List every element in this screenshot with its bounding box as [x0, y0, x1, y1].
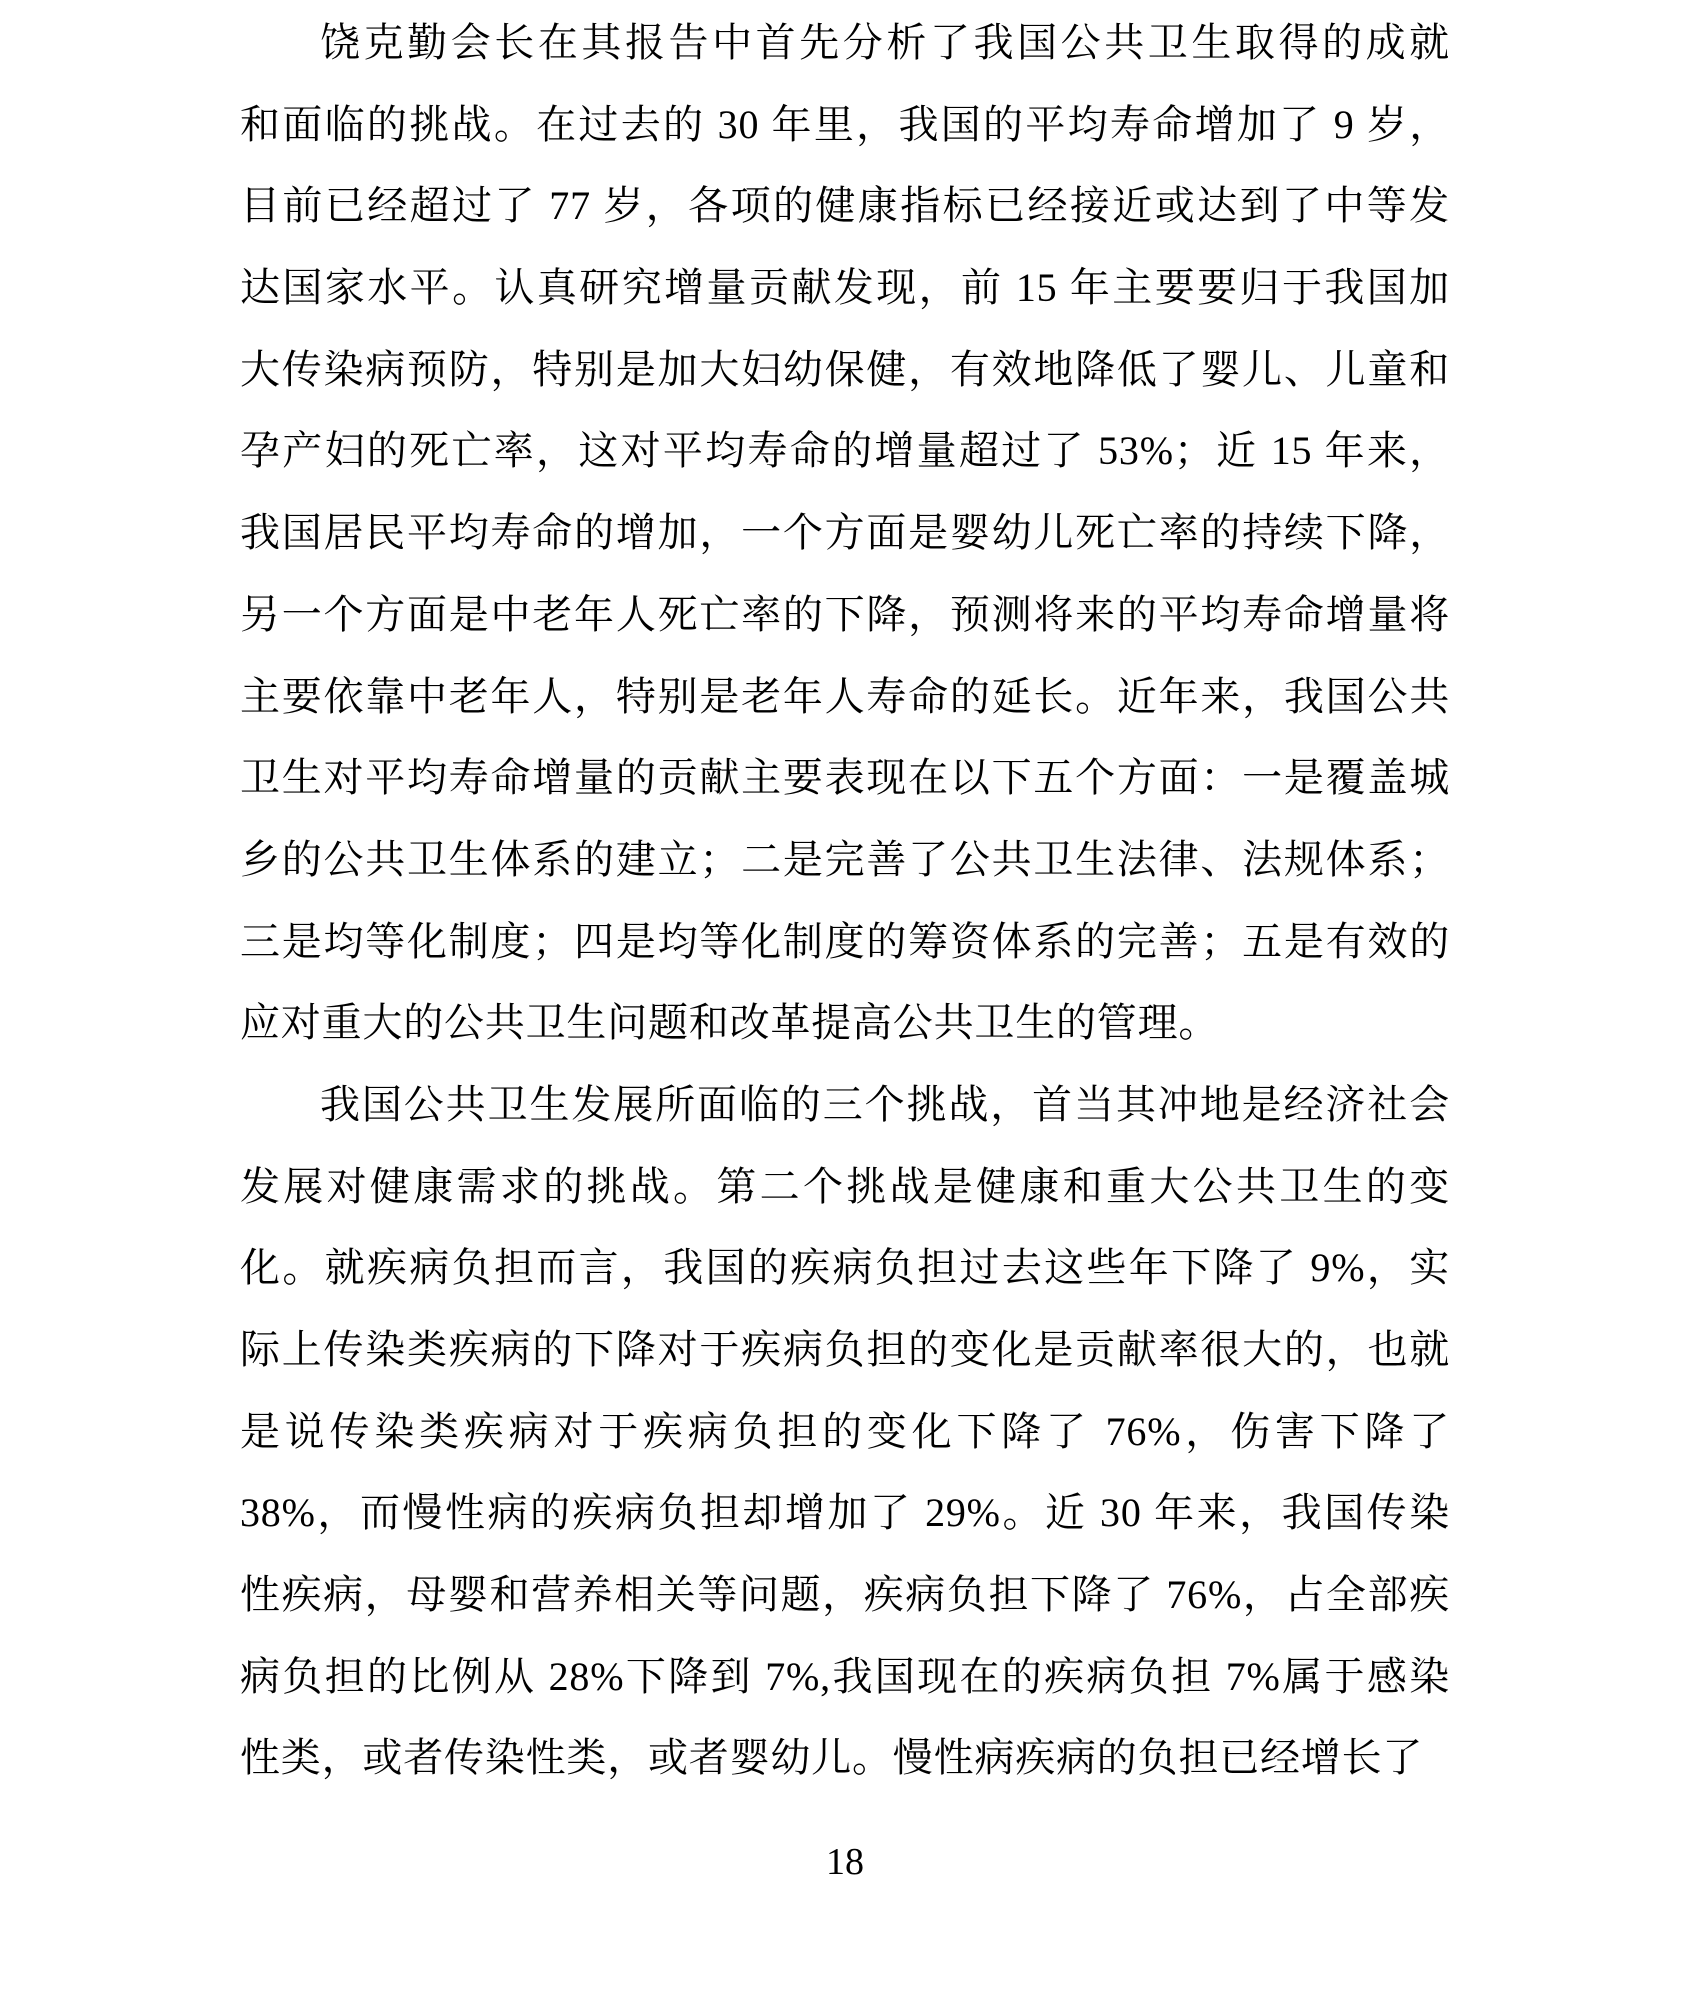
paragraph-2: 我国公共卫生发展所面临的三个挑战，首当其冲地是经济社会 发展对健康需求的挑战。第… — [240, 1064, 1450, 1799]
text-line: 三是均等化制度；四是均等化制度的筹资体系的完善；五是有效的 — [240, 901, 1450, 983]
text-line: 际上传染类疾病的下降对于疾病负担的变化是贡献率很大的，也就 — [240, 1309, 1450, 1391]
text-line: 性类，或者传染性类，或者婴幼儿。慢性病疾病的负担已经增长了 — [240, 1717, 1450, 1799]
text-line: 目前已经超过了 77 岁，各项的健康指标已经接近或达到了中等发 — [240, 165, 1450, 247]
document-page: 饶克勤会长在其报告中首先分析了我国公共卫生取得的成就 和面临的挑战。在过去的 3… — [0, 0, 1700, 2011]
text-line: 发展对健康需求的挑战。第二个挑战是健康和重大公共卫生的变 — [240, 1146, 1450, 1228]
text-line: 孕产妇的死亡率，这对平均寿命的增量超过了 53%；近 15 年来， — [240, 410, 1450, 492]
text-line: 达国家水平。认真研究增量贡献发现，前 15 年主要要归于我国加 — [240, 247, 1450, 329]
page-number: 18 — [240, 1837, 1450, 1887]
text-line: 我国居民平均寿命的增加，一个方面是婴幼儿死亡率的持续下降， — [240, 492, 1450, 574]
text-line: 我国公共卫生发展所面临的三个挑战，首当其冲地是经济社会 — [240, 1064, 1450, 1146]
text-line: 和面临的挑战。在过去的 30 年里，我国的平均寿命增加了 9 岁， — [240, 84, 1450, 166]
text-line: 是说传染类疾病对于疾病负担的变化下降了 76%，伤害下降了 — [240, 1391, 1450, 1473]
text-line: 性疾病，母婴和营养相关等问题，疾病负担下降了 76%，占全部疾 — [240, 1554, 1450, 1636]
text-line: 化。就疾病负担而言，我国的疾病负担过去这些年下降了 9%，实 — [240, 1227, 1450, 1309]
text-line: 另一个方面是中老年人死亡率的下降，预测将来的平均寿命增量将 — [240, 574, 1450, 656]
text-line: 卫生对平均寿命增量的贡献主要表现在以下五个方面：一是覆盖城 — [240, 737, 1450, 819]
text-line: 主要依靠中老年人，特别是老年人寿命的延长。近年来，我国公共 — [240, 656, 1450, 738]
paragraph-1: 饶克勤会长在其报告中首先分析了我国公共卫生取得的成就 和面临的挑战。在过去的 3… — [240, 2, 1450, 1064]
text-line: 病负担的比例从 28%下降到 7%,我国现在的疾病负担 7%属于感染 — [240, 1636, 1450, 1718]
text-line: 38%，而慢性病的疾病负担却增加了 29%。近 30 年来，我国传染 — [240, 1472, 1450, 1554]
text-line: 大传染病预防，特别是加大妇幼保健，有效地降低了婴儿、儿童和 — [240, 329, 1450, 411]
text-line: 乡的公共卫生体系的建立；二是完善了公共卫生法律、法规体系； — [240, 819, 1450, 901]
text-line: 应对重大的公共卫生问题和改革提高公共卫生的管理。 — [240, 982, 1450, 1064]
text-line: 饶克勤会长在其报告中首先分析了我国公共卫生取得的成就 — [240, 2, 1450, 84]
